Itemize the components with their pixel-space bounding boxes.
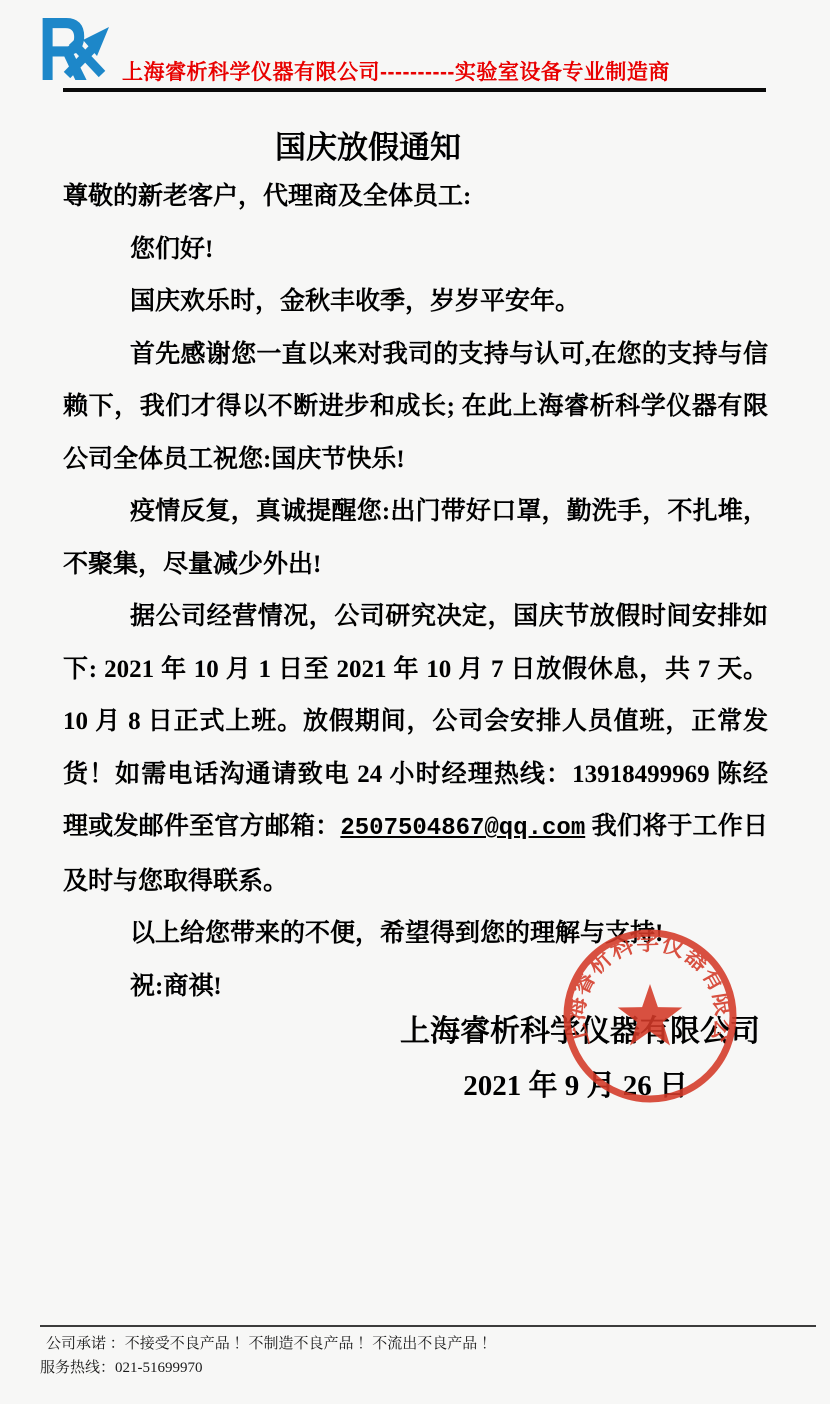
email-link[interactable]: 2507504867@qq.com <box>340 815 585 842</box>
page-title: 国庆放假通知 <box>63 122 673 167</box>
salutation-line: 尊敬的新老客户，代理商及全体员工: <box>63 171 768 224</box>
company-stamp-icon: 上海睿析科学仪器有限公司 <box>560 926 740 1106</box>
festival-line: 国庆欢乐时，金秋丰收季，岁岁平安年。 <box>63 276 768 329</box>
footer-hotline: 服务热线：021-51699970 <box>40 1356 203 1377</box>
thanks-paragraph: 首先感谢您一直以来对我司的支持与认可,在您的支持与信赖下，我们才得以不断进步和成… <box>63 329 768 487</box>
holiday-paragraph: 据公司经营情况，公司研究决定，国庆节放假时间安排如下: 2021 年 10 月 … <box>63 591 768 908</box>
header-rule <box>63 88 766 92</box>
notice-body: 尊敬的新老客户，代理商及全体员工: 您们好! 国庆欢乐时，金秋丰收季，岁岁平安年… <box>63 171 768 1013</box>
hotline-number: 021-51699970 <box>115 1360 203 1376</box>
document-page: R 上海睿析科学仪器有限公司----------实验室设备专业制造商 国庆放假通… <box>0 0 830 1404</box>
star-icon <box>618 984 683 1046</box>
footer-rule <box>40 1325 816 1327</box>
covid-paragraph: 疫情反复，真诚提醒您:出门带好口罩，勤洗手，不扎堆，不聚集，尽量减少外出! <box>63 486 768 591</box>
holiday-text-before-email: 据公司经营情况，公司研究决定，国庆节放假时间安排如下: 2021 年 10 月 … <box>63 603 768 840</box>
footer-promise: 公司承诺 ：不接受不良产品 ！不制造不良产品 ！不流出不良产品 ！ <box>46 1332 496 1353</box>
greeting-line: 您们好! <box>63 224 768 277</box>
header-company-line: 上海睿析科学仪器有限公司----------实验室设备专业制造商 <box>122 56 670 86</box>
hotline-label: 服务热线： <box>40 1360 115 1376</box>
